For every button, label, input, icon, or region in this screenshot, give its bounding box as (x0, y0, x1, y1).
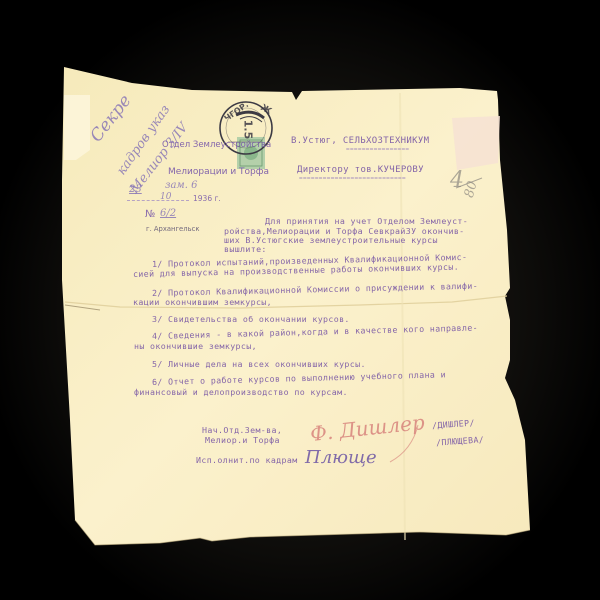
document-paper: ЧГОР. Ж 1.5 Отдел Землеустройства Мелиор… (0, 0, 600, 600)
exec-title: Исп.олнит.по кадрам (196, 456, 298, 464)
exec-signature: Плюще (305, 449, 377, 467)
red-signature-flourish (0, 0, 600, 600)
